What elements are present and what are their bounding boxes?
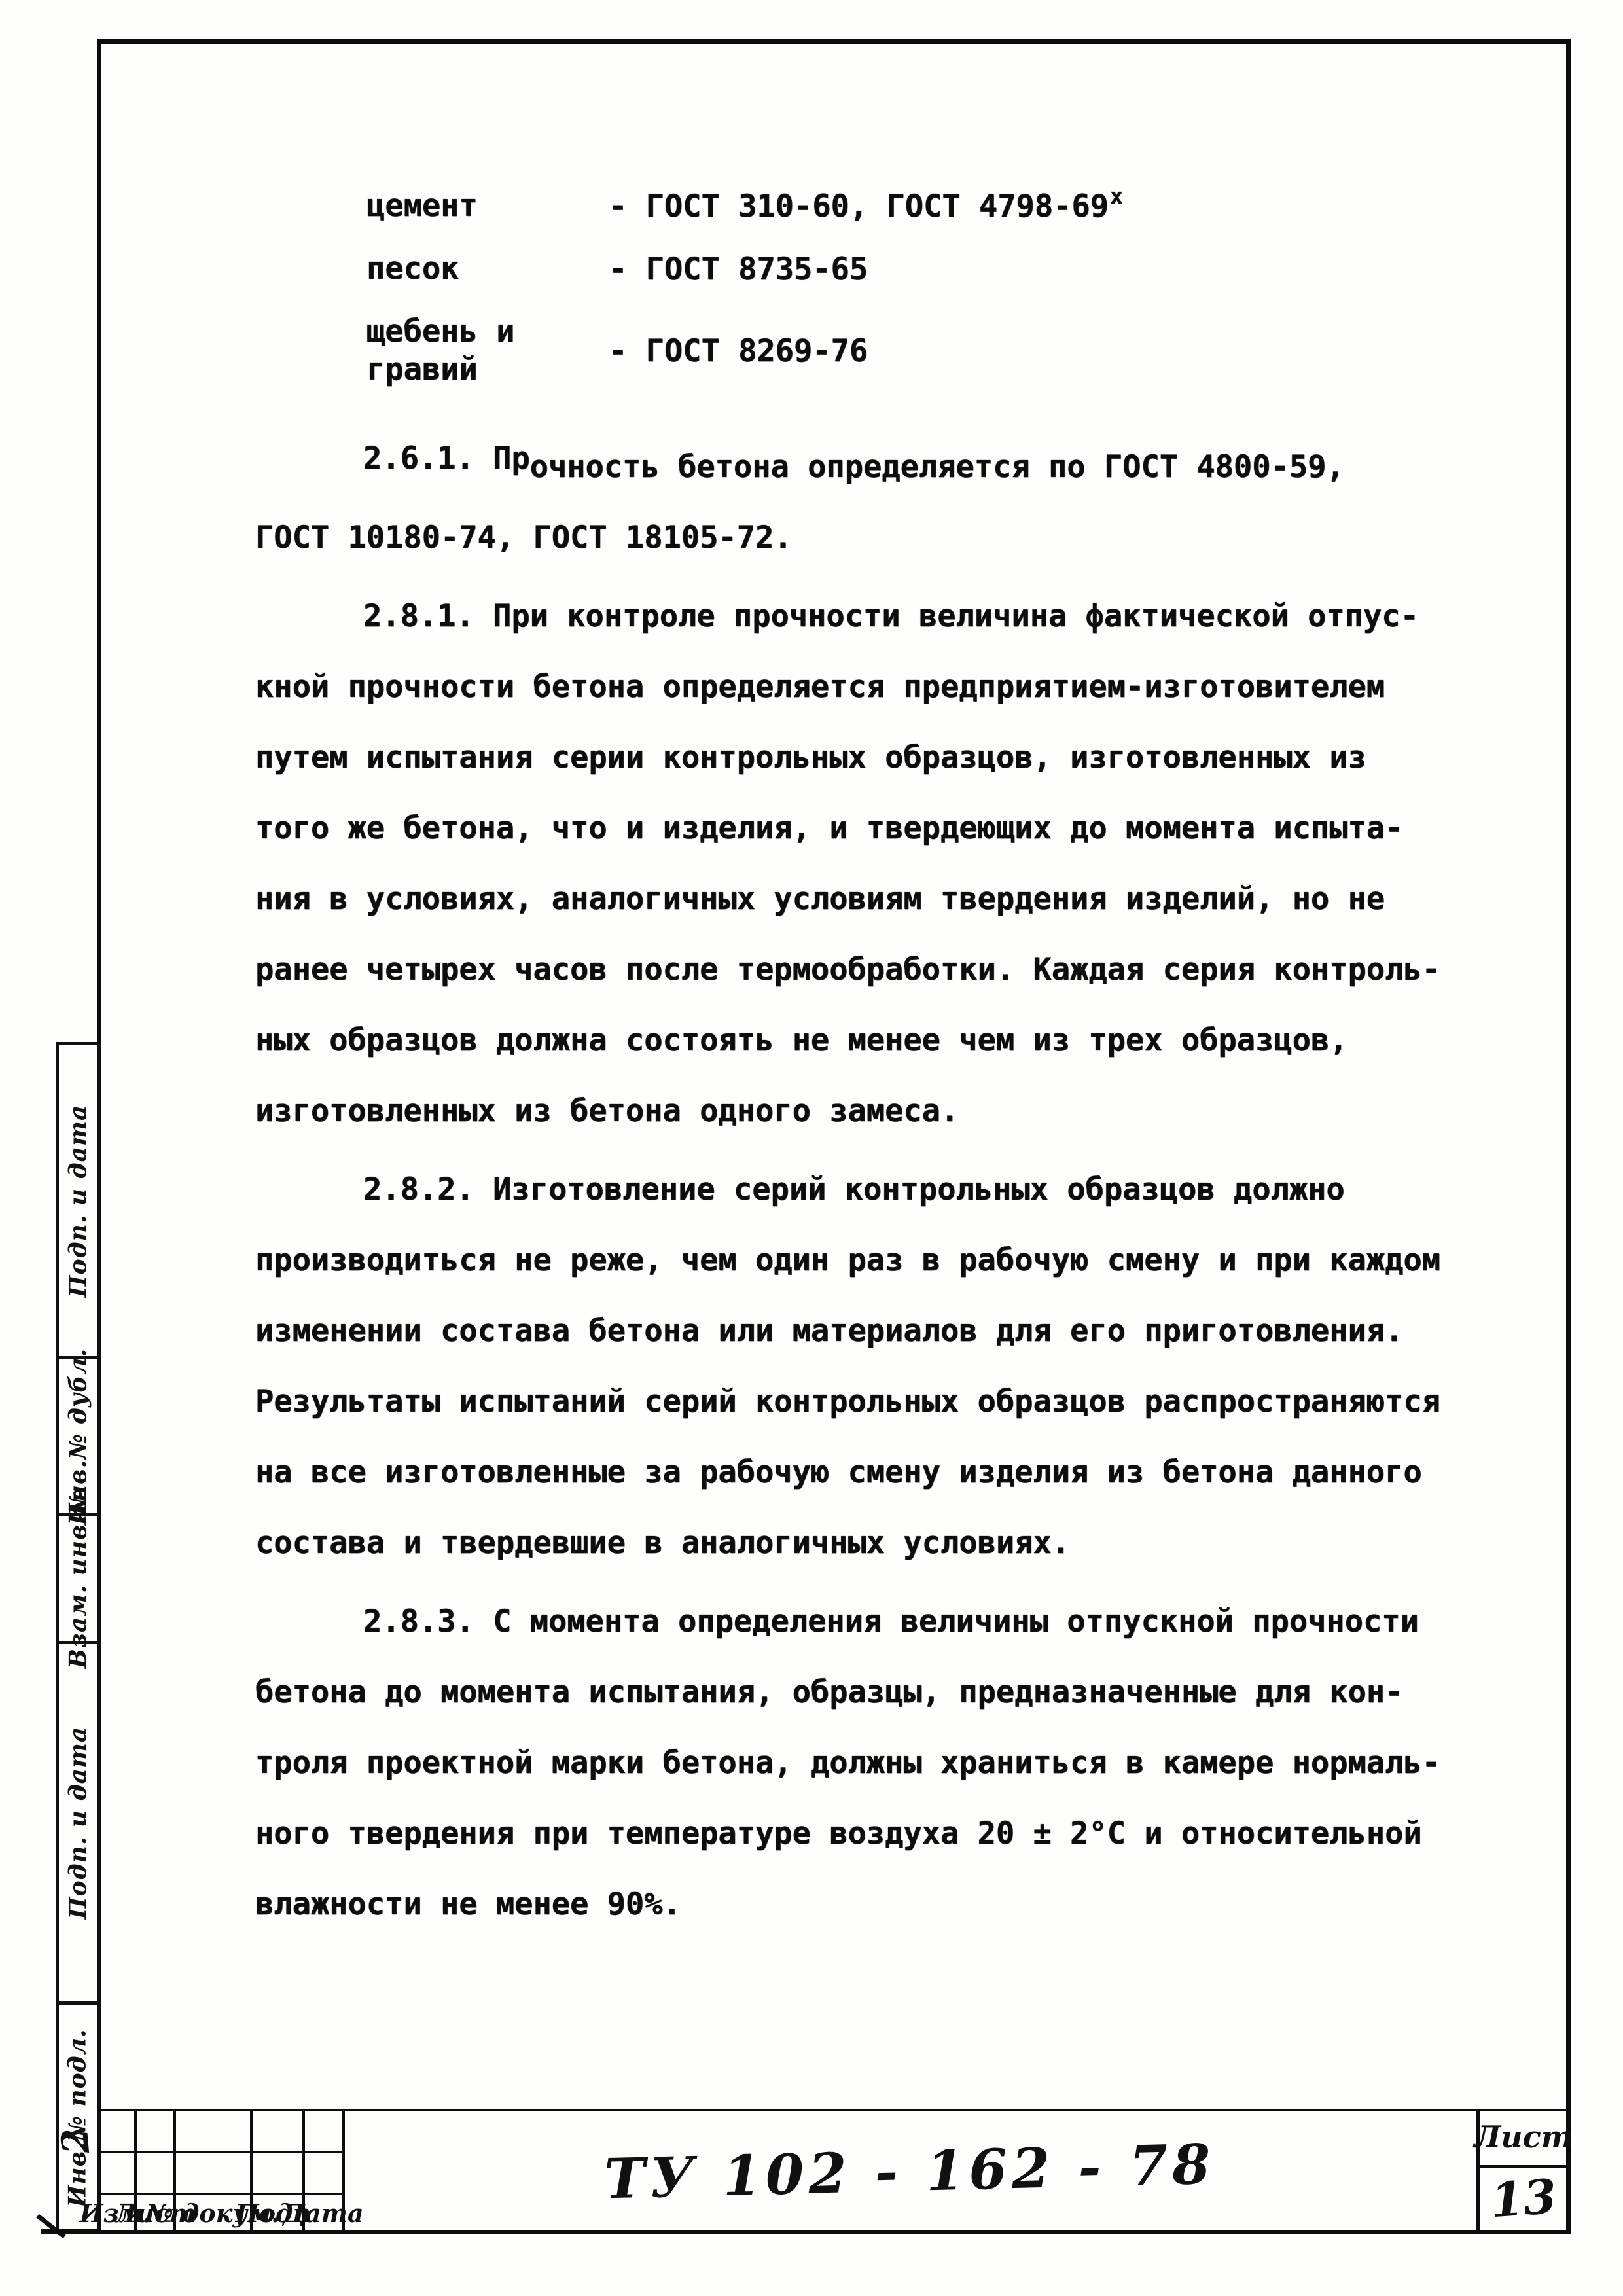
sidebar-box-podp-i-data-lower: Подп. и дата	[56, 1641, 100, 2005]
clause-number-raised: 2.6.1. Пр	[363, 440, 530, 476]
paragraph-2-8-3: 2.8.3. С момента определения величины от…	[255, 1587, 1499, 1940]
material-name: цемент	[366, 187, 609, 225]
material-row-gravel: щебень и гравий - ГОСТ 8269-76	[366, 313, 1512, 389]
sidebar-label: Подп. и дата	[64, 1104, 92, 1297]
titleblock-col-data: Дата	[305, 2193, 342, 2233]
bottom-line-extension	[41, 2229, 99, 2234]
sheet-label: Лист	[1476, 2109, 1571, 2165]
material-gost-text: - ГОСТ 310-60, ГОСТ 4798-69	[609, 188, 1109, 224]
paragraph-2-6-1: 2.6.1. Прочность бетона определяется по …	[255, 432, 1499, 573]
scanned-document-page: цемент - ГОСТ 310-60, ГОСТ 4798-69х песо…	[0, 0, 1623, 2296]
material-name: песок	[366, 250, 609, 288]
body-text: 2.6.1. Прочность бетона определяется по …	[255, 432, 1499, 1940]
sheet-number: 13	[1474, 2162, 1573, 2234]
sidebar-box-podp-i-data-upper: Подп. и дата	[56, 1042, 100, 1359]
material-name: щебень и гравий	[366, 313, 609, 389]
material-row-cement: цемент - ГОСТ 310-60, ГОСТ 4798-69х	[366, 187, 1512, 225]
sidebar-box-vzam-inv: Взам. инв.№	[56, 1513, 100, 1644]
sidebar-label: Подп. и дата	[64, 1727, 92, 1920]
materials-gost-list: цемент - ГОСТ 310-60, ГОСТ 4798-69х песо…	[366, 187, 1512, 389]
paragraph-2-8-2: 2.8.2. Изготовление серий контрольных об…	[255, 1155, 1499, 1579]
titleblock-top-divider	[97, 2109, 1571, 2111]
handwritten-signature-mark: 2	[53, 2126, 98, 2156]
footnote-superscript: х	[1110, 183, 1123, 209]
paragraph-2-8-1: 2.8.1. При контроле прочности величина ф…	[255, 581, 1499, 1147]
material-gost: - ГОСТ 8269-76	[609, 333, 868, 369]
material-gost: - ГОСТ 310-60, ГОСТ 4798-69х	[609, 188, 1122, 224]
material-gost: - ГОСТ 8735-65	[609, 251, 868, 287]
material-row-sand: песок - ГОСТ 8735-65	[366, 250, 1512, 288]
sidebar-label: Инв.№ подл.	[64, 2028, 92, 2207]
